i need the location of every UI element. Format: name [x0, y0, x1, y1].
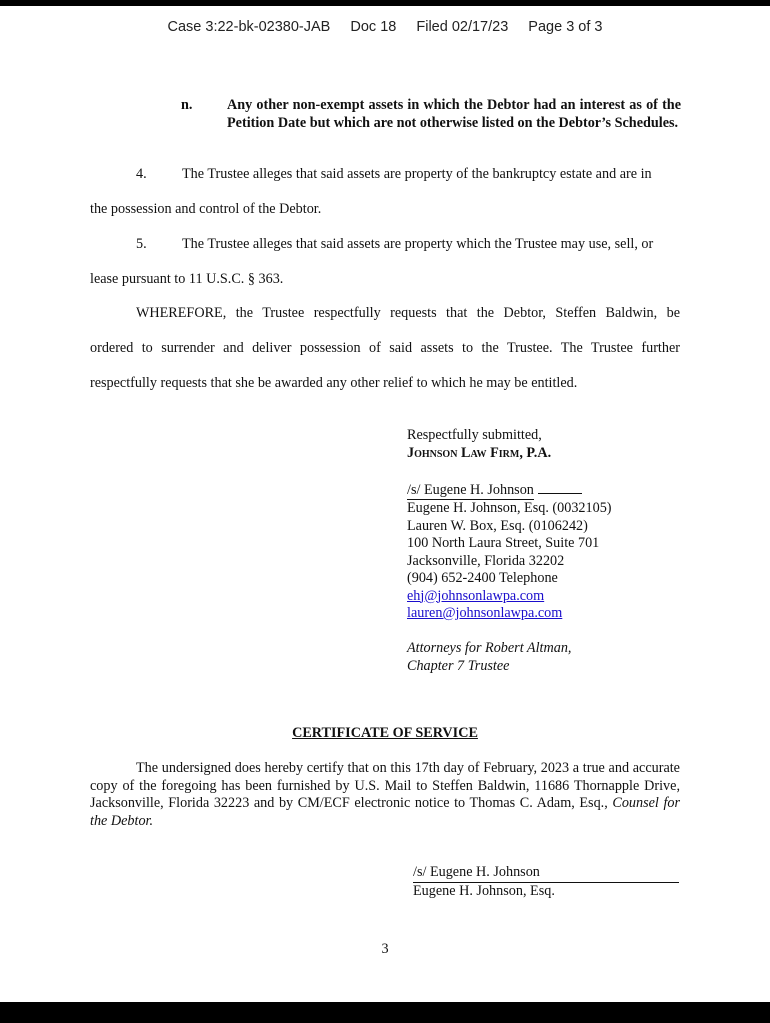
attorney-role-line1: Attorneys for Robert Altman,: [407, 640, 612, 658]
signature-block: Respectfully submitted, Johnson Law Firm…: [407, 427, 612, 675]
doc-number: Doc 18: [350, 19, 396, 35]
case-number: Case 3:22-bk-02380-JAB: [168, 19, 331, 35]
attorney-role-line2: Chapter 7 Trustee: [407, 658, 612, 676]
signature-line: [538, 480, 582, 494]
wherefore-paragraph: WHEREFORE, the Trustee respectfully requ…: [90, 296, 680, 401]
item-n-label: n.: [181, 97, 192, 114]
page-count: Page 3 of 3: [528, 19, 602, 35]
attorney-1: Eugene H. Johnson, Esq. (0032105): [407, 500, 612, 518]
filed-date: Filed 02/17/23: [416, 19, 508, 35]
top-border: [0, 0, 770, 6]
page-number: 3: [0, 941, 770, 958]
certificate-text: The undersigned does hereby certify that…: [90, 760, 680, 830]
e-signature: /s/ Eugene H. Johnson: [407, 480, 612, 501]
certificate-title: CERTIFICATE OF SERVICE: [0, 725, 770, 742]
attorney-2: Lauren W. Box, Esq. (0106242): [407, 518, 612, 536]
certificate-signer-name: Eugene H. Johnson, Esq.: [413, 883, 679, 901]
paragraph-4-number: 4.: [136, 157, 182, 192]
certificate-signature: /s/ Eugene H. Johnson Eugene H. Johnson,…: [413, 864, 679, 900]
paragraph-5: 5.The Trustee alleges that said assets a…: [90, 227, 680, 297]
address-line1: 100 North Laura Street, Suite 701: [407, 535, 612, 553]
ecf-header: Case 3:22-bk-02380-JAB Doc 18 Filed 02/1…: [0, 19, 770, 35]
item-n-text: Any other non-exempt assets in which the…: [227, 97, 681, 132]
phone: (904) 652-2400 Telephone: [407, 570, 612, 588]
paragraph-5-line1: 5.The Trustee alleges that said assets a…: [90, 227, 680, 262]
wherefore-line2: ordered to surrender and deliver possess…: [90, 331, 680, 366]
email-link-ehj[interactable]: ehj@johnsonlawpa.com: [407, 588, 544, 604]
email-link-lauren[interactable]: lauren@johnsonlawpa.com: [407, 605, 562, 621]
paragraph-5-line2: lease pursuant to 11 U.S.C. § 363.: [90, 262, 680, 297]
wherefore-line3: respectfully requests that she be awarde…: [90, 366, 680, 401]
paragraph-4-line2: the possession and control of the Debtor…: [90, 192, 680, 227]
wherefore-line1: WHEREFORE, the Trustee respectfully requ…: [90, 296, 680, 331]
bottom-border: [0, 1002, 770, 1023]
firm-name: Johnson Law Firm, P.A.: [407, 445, 612, 463]
closing: Respectfully submitted,: [407, 427, 612, 445]
paragraph-4: 4.The Trustee alleges that said assets a…: [90, 157, 680, 227]
paragraph-5-number: 5.: [136, 227, 182, 262]
paragraph-4-line1: 4.The Trustee alleges that said assets a…: [90, 157, 680, 192]
address-line2: Jacksonville, Florida 32202: [407, 553, 612, 571]
certificate-e-signature: /s/ Eugene H. Johnson: [413, 864, 679, 883]
